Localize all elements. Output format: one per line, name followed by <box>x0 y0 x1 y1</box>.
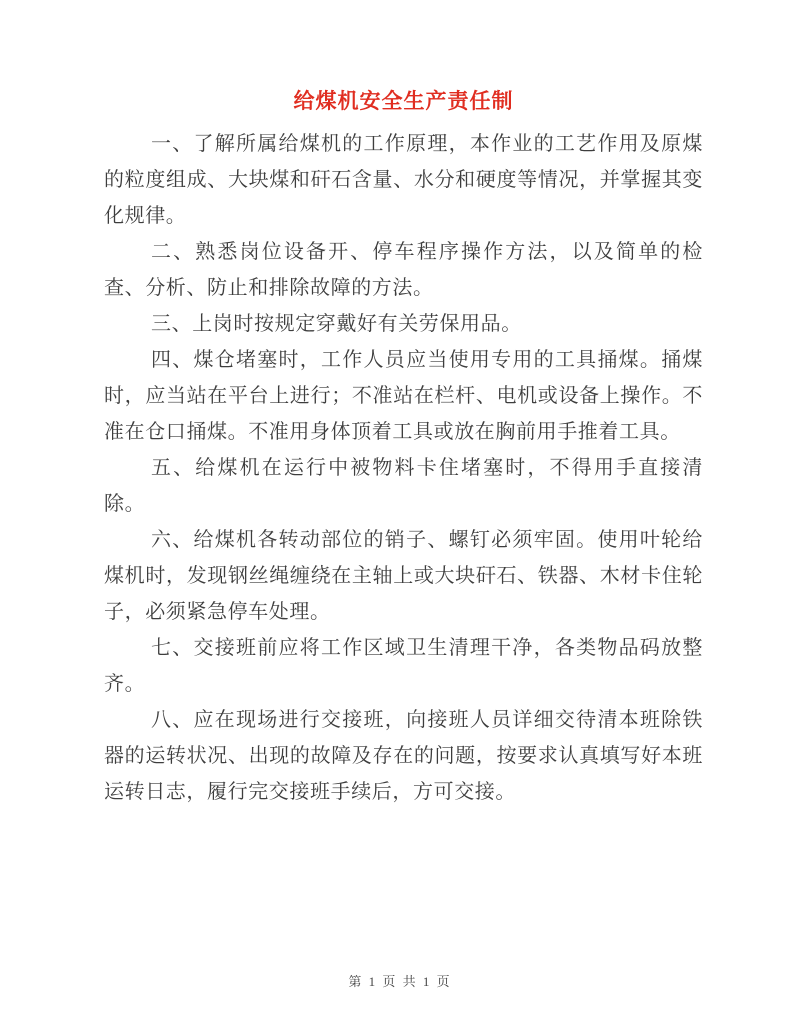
paragraph: 八、应在现场进行交接班，向接班人员详细交待清本班除铁器的运转状况、出现的故障及存… <box>104 702 703 810</box>
paragraph: 三、上岗时按规定穿戴好有关劳保用品。 <box>104 306 703 342</box>
paragraph: 二、熟悉岗位设备开、停车程序操作方法，以及简单的检查、分析、防止和排除故障的方法… <box>104 234 703 306</box>
paragraph: 六、给煤机各转动部位的销子、螺钉必须牢固。使用叶轮给煤机时，发现钢丝绳缠绕在主轴… <box>104 522 703 630</box>
document-page: 给煤机安全生产责任制 一、了解所属给煤机的工作原理，本作业的工艺作用及原煤的粒度… <box>0 0 800 1036</box>
paragraph: 四、煤仓堵塞时，工作人员应当使用专用的工具捅煤。捅煤时，应当站在平台上进行；不准… <box>104 342 703 450</box>
document-body: 一、了解所属给煤机的工作原理，本作业的工艺作用及原煤的粒度组成、大块煤和矸石含量… <box>104 126 703 810</box>
document-content: 给煤机安全生产责任制 一、了解所属给煤机的工作原理，本作业的工艺作用及原煤的粒度… <box>104 0 703 810</box>
paragraph: 一、了解所属给煤机的工作原理，本作业的工艺作用及原煤的粒度组成、大块煤和矸石含量… <box>104 126 703 234</box>
page-number-footer: 第 1 页 共 1 页 <box>0 971 800 990</box>
paragraph: 七、交接班前应将工作区域卫生清理干净，各类物品码放整齐。 <box>104 630 703 702</box>
paragraph: 五、给煤机在运行中被物料卡住堵塞时，不得用手直接清除。 <box>104 450 703 522</box>
document-title: 给煤机安全生产责任制 <box>104 88 703 114</box>
